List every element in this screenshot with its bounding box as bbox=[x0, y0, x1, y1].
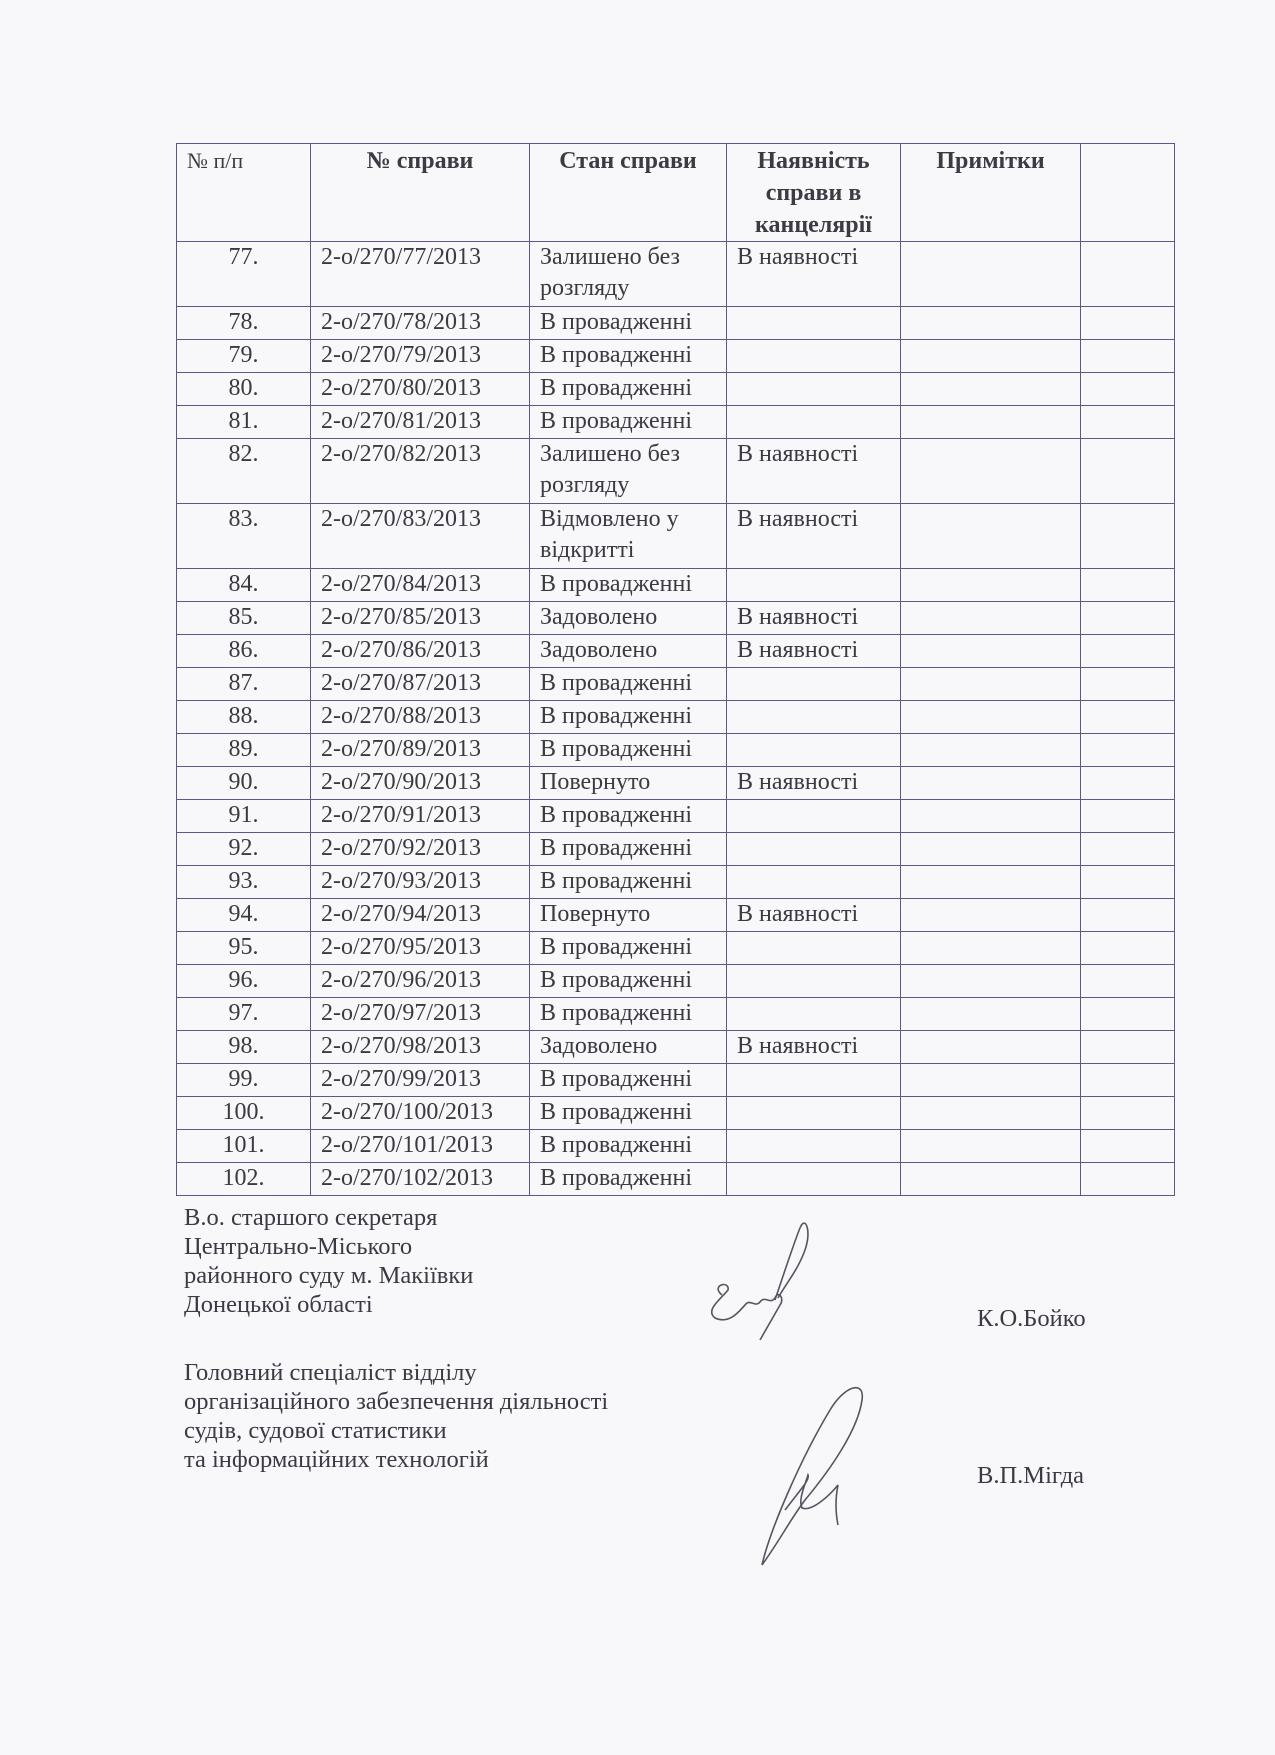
case-status-cell: В провадженні bbox=[530, 373, 727, 406]
extra-cell bbox=[1081, 668, 1175, 701]
presence-in-office-cell bbox=[727, 866, 901, 899]
case-status-cell: В провадженні bbox=[530, 1064, 727, 1097]
presence-in-office-cell: В наявності bbox=[727, 504, 901, 569]
presence-in-office-cell bbox=[727, 800, 901, 833]
case-number-cell: 2-о/270/87/2013 bbox=[311, 668, 530, 701]
extra-cell bbox=[1081, 569, 1175, 602]
table-row: 96.2-о/270/96/2013В провадженні bbox=[177, 965, 1175, 998]
row-number-cell: 91. bbox=[177, 800, 311, 833]
signatory-1-title-line: районного суду м. Макіївки bbox=[184, 1261, 473, 1290]
header-presence-in-office: Наявність справи в канцелярії bbox=[727, 144, 901, 242]
presence-in-office-cell: В наявності bbox=[727, 602, 901, 635]
presence-in-office-cell bbox=[727, 1163, 901, 1196]
case-status-cell: Залишено без розгляду bbox=[530, 439, 727, 504]
notes-cell bbox=[901, 800, 1081, 833]
case-status-cell: В провадженні bbox=[530, 569, 727, 602]
row-number-cell: 101. bbox=[177, 1130, 311, 1163]
table-row: 85.2-о/270/85/2013ЗадоволеноВ наявності bbox=[177, 602, 1175, 635]
presence-in-office-cell bbox=[727, 932, 901, 965]
table-row: 86.2-о/270/86/2013ЗадоволеноВ наявності bbox=[177, 635, 1175, 668]
notes-cell bbox=[901, 866, 1081, 899]
row-number-cell: 89. bbox=[177, 734, 311, 767]
extra-cell bbox=[1081, 767, 1175, 800]
row-number-cell: 95. bbox=[177, 932, 311, 965]
presence-in-office-cell: В наявності bbox=[727, 635, 901, 668]
notes-cell bbox=[901, 504, 1081, 569]
row-number-cell: 98. bbox=[177, 1031, 311, 1064]
extra-cell bbox=[1081, 635, 1175, 668]
header-row-number: № п/п bbox=[177, 144, 311, 242]
extra-cell bbox=[1081, 965, 1175, 998]
case-status-cell: В провадженні bbox=[530, 668, 727, 701]
signatory-1-title: В.о. старшого секретаря Центрально-Міськ… bbox=[184, 1203, 473, 1319]
case-number-cell: 2-о/270/83/2013 bbox=[311, 504, 530, 569]
signatory-2-title: Головний спеціаліст відділу організаційн… bbox=[184, 1358, 608, 1474]
signatory-2-title-line: організаційного забезпечення діяльності bbox=[184, 1387, 608, 1416]
case-number-cell: 2-о/270/95/2013 bbox=[311, 932, 530, 965]
extra-cell bbox=[1081, 340, 1175, 373]
case-number-cell: 2-о/270/100/2013 bbox=[311, 1097, 530, 1130]
presence-in-office-cell bbox=[727, 569, 901, 602]
case-number-cell: 2-о/270/94/2013 bbox=[311, 899, 530, 932]
extra-cell bbox=[1081, 602, 1175, 635]
case-number-cell: 2-о/270/97/2013 bbox=[311, 998, 530, 1031]
notes-cell bbox=[901, 242, 1081, 307]
notes-cell bbox=[901, 439, 1081, 504]
presence-in-office-cell bbox=[727, 998, 901, 1031]
case-number-cell: 2-о/270/80/2013 bbox=[311, 373, 530, 406]
case-status-cell: В провадженні bbox=[530, 340, 727, 373]
case-status-cell: Відмовлено у відкритті bbox=[530, 504, 727, 569]
row-number-cell: 82. bbox=[177, 439, 311, 504]
presence-in-office-cell: В наявності bbox=[727, 439, 901, 504]
table-row: 102.2-о/270/102/2013В провадженні bbox=[177, 1163, 1175, 1196]
notes-cell bbox=[901, 1064, 1081, 1097]
table-row: 80.2-о/270/80/2013В провадженні bbox=[177, 373, 1175, 406]
extra-cell bbox=[1081, 734, 1175, 767]
notes-cell bbox=[901, 1031, 1081, 1064]
presence-in-office-cell bbox=[727, 1130, 901, 1163]
presence-in-office-cell: В наявності bbox=[727, 767, 901, 800]
signatory-2-title-line: судів, судової статистики bbox=[184, 1416, 608, 1445]
table-row: 82.2-о/270/82/2013Залишено без розглядуВ… bbox=[177, 439, 1175, 504]
header-case-number: № справи bbox=[311, 144, 530, 242]
case-number-cell: 2-о/270/92/2013 bbox=[311, 833, 530, 866]
case-number-cell: 2-о/270/96/2013 bbox=[311, 965, 530, 998]
row-number-cell: 97. bbox=[177, 998, 311, 1031]
table-row: 101.2-о/270/101/2013В провадженні bbox=[177, 1130, 1175, 1163]
case-status-cell: В провадженні bbox=[530, 1130, 727, 1163]
row-number-cell: 92. bbox=[177, 833, 311, 866]
table-row: 87.2-о/270/87/2013В провадженні bbox=[177, 668, 1175, 701]
case-number-cell: 2-о/270/89/2013 bbox=[311, 734, 530, 767]
case-status-cell: Повернуто bbox=[530, 767, 727, 800]
notes-cell bbox=[901, 635, 1081, 668]
notes-cell bbox=[901, 734, 1081, 767]
table-row: 92.2-о/270/92/2013В провадженні bbox=[177, 833, 1175, 866]
notes-cell bbox=[901, 767, 1081, 800]
case-number-cell: 2-о/270/88/2013 bbox=[311, 701, 530, 734]
case-status-cell: В провадженні bbox=[530, 965, 727, 998]
notes-cell bbox=[901, 340, 1081, 373]
extra-cell bbox=[1081, 1064, 1175, 1097]
case-status-cell: В провадженні bbox=[530, 307, 727, 340]
case-status-cell: Залишено без розгляду bbox=[530, 242, 727, 307]
notes-cell bbox=[901, 932, 1081, 965]
row-number-cell: 90. bbox=[177, 767, 311, 800]
case-number-cell: 2-о/270/84/2013 bbox=[311, 569, 530, 602]
case-number-cell: 2-о/270/90/2013 bbox=[311, 767, 530, 800]
document-page: № п/п № справи Стан справи Наявність спр… bbox=[0, 0, 1275, 1755]
case-status-cell: В провадженні bbox=[530, 866, 727, 899]
table-row: 100.2-о/270/100/2013В провадженні bbox=[177, 1097, 1175, 1130]
presence-in-office-cell bbox=[727, 965, 901, 998]
row-number-cell: 86. bbox=[177, 635, 311, 668]
row-number-cell: 80. bbox=[177, 373, 311, 406]
header-extra bbox=[1081, 144, 1175, 242]
presence-in-office-cell bbox=[727, 668, 901, 701]
extra-cell bbox=[1081, 800, 1175, 833]
signatory-1-title-line: В.о. старшого секретаря bbox=[184, 1203, 473, 1232]
row-number-cell: 93. bbox=[177, 866, 311, 899]
case-status-cell: В провадженні bbox=[530, 734, 727, 767]
table-row: 77.2-о/270/77/2013Залишено без розглядуВ… bbox=[177, 242, 1175, 307]
case-status-cell: В провадженні bbox=[530, 800, 727, 833]
table-row: 90.2-о/270/90/2013ПовернутоВ наявності bbox=[177, 767, 1175, 800]
row-number-cell: 78. bbox=[177, 307, 311, 340]
row-number-cell: 87. bbox=[177, 668, 311, 701]
notes-cell bbox=[901, 833, 1081, 866]
notes-cell bbox=[901, 965, 1081, 998]
extra-cell bbox=[1081, 998, 1175, 1031]
table-row: 81.2-о/270/81/2013В провадженні bbox=[177, 406, 1175, 439]
table-row: 83.2-о/270/83/2013Відмовлено у відкритті… bbox=[177, 504, 1175, 569]
notes-cell bbox=[901, 373, 1081, 406]
case-status-cell: Задоволено bbox=[530, 602, 727, 635]
presence-in-office-cell bbox=[727, 373, 901, 406]
presence-in-office-cell: В наявності bbox=[727, 242, 901, 307]
case-number-cell: 2-о/270/102/2013 bbox=[311, 1163, 530, 1196]
notes-cell bbox=[901, 602, 1081, 635]
presence-in-office-cell bbox=[727, 1097, 901, 1130]
row-number-cell: 102. bbox=[177, 1163, 311, 1196]
extra-cell bbox=[1081, 932, 1175, 965]
case-number-cell: 2-о/270/86/2013 bbox=[311, 635, 530, 668]
presence-in-office-cell bbox=[727, 701, 901, 734]
table-row: 94.2-о/270/94/2013ПовернутоВ наявності bbox=[177, 899, 1175, 932]
notes-cell bbox=[901, 569, 1081, 602]
extra-cell bbox=[1081, 833, 1175, 866]
notes-cell bbox=[901, 1130, 1081, 1163]
signatory-1-title-line: Донецької області bbox=[184, 1290, 473, 1319]
notes-cell bbox=[901, 1097, 1081, 1130]
case-register-table: № п/п № справи Стан справи Наявність спр… bbox=[176, 143, 1175, 1196]
signatory-1-name: К.О.Бойко bbox=[977, 1305, 1086, 1333]
signatory-2-title-line: Головний спеціаліст відділу bbox=[184, 1358, 608, 1387]
case-number-cell: 2-о/270/99/2013 bbox=[311, 1064, 530, 1097]
case-status-cell: В провадженні bbox=[530, 932, 727, 965]
table-row: 98.2-о/270/98/2013ЗадоволеноВ наявності bbox=[177, 1031, 1175, 1064]
case-number-cell: 2-о/270/93/2013 bbox=[311, 866, 530, 899]
presence-in-office-cell bbox=[727, 734, 901, 767]
row-number-cell: 81. bbox=[177, 406, 311, 439]
row-number-cell: 96. bbox=[177, 965, 311, 998]
row-number-cell: 77. bbox=[177, 242, 311, 307]
extra-cell bbox=[1081, 307, 1175, 340]
signature-1-handwritten bbox=[700, 1210, 830, 1340]
notes-cell bbox=[901, 307, 1081, 340]
row-number-cell: 100. bbox=[177, 1097, 311, 1130]
case-status-cell: В провадженні bbox=[530, 701, 727, 734]
presence-in-office-cell bbox=[727, 307, 901, 340]
case-number-cell: 2-о/270/81/2013 bbox=[311, 406, 530, 439]
extra-cell bbox=[1081, 701, 1175, 734]
header-notes: Примітки bbox=[901, 144, 1081, 242]
presence-in-office-cell bbox=[727, 1064, 901, 1097]
case-status-cell: В провадженні bbox=[530, 406, 727, 439]
case-status-cell: В провадженні bbox=[530, 1163, 727, 1196]
extra-cell bbox=[1081, 1031, 1175, 1064]
table-row: 89.2-о/270/89/2013В провадженні bbox=[177, 734, 1175, 767]
extra-cell bbox=[1081, 1097, 1175, 1130]
table-row: 91.2-о/270/91/2013В провадженні bbox=[177, 800, 1175, 833]
case-status-cell: В провадженні bbox=[530, 833, 727, 866]
table-row: 79.2-о/270/79/2013В провадженні bbox=[177, 340, 1175, 373]
extra-cell bbox=[1081, 439, 1175, 504]
presence-in-office-cell bbox=[727, 406, 901, 439]
row-number-cell: 84. bbox=[177, 569, 311, 602]
extra-cell bbox=[1081, 406, 1175, 439]
table-header-row: № п/п № справи Стан справи Наявність спр… bbox=[177, 144, 1175, 242]
case-status-cell: Задоволено bbox=[530, 635, 727, 668]
signatory-2-title-line: та інформаційних технологій bbox=[184, 1445, 608, 1474]
extra-cell bbox=[1081, 504, 1175, 569]
signature-2-handwritten bbox=[750, 1370, 880, 1570]
case-number-cell: 2-о/270/79/2013 bbox=[311, 340, 530, 373]
header-case-status: Стан справи bbox=[530, 144, 727, 242]
signatory-2-name: В.П.Мігда bbox=[977, 1462, 1084, 1490]
signatory-1-title-line: Центрально-Міського bbox=[184, 1232, 473, 1261]
table-row: 95.2-о/270/95/2013В провадженні bbox=[177, 932, 1175, 965]
case-number-cell: 2-о/270/98/2013 bbox=[311, 1031, 530, 1064]
row-number-cell: 85. bbox=[177, 602, 311, 635]
case-number-cell: 2-о/270/85/2013 bbox=[311, 602, 530, 635]
notes-cell bbox=[901, 998, 1081, 1031]
row-number-cell: 99. bbox=[177, 1064, 311, 1097]
extra-cell bbox=[1081, 1130, 1175, 1163]
notes-cell bbox=[901, 701, 1081, 734]
presence-in-office-cell bbox=[727, 833, 901, 866]
case-number-cell: 2-о/270/91/2013 bbox=[311, 800, 530, 833]
row-number-cell: 94. bbox=[177, 899, 311, 932]
extra-cell bbox=[1081, 866, 1175, 899]
case-number-cell: 2-о/270/78/2013 bbox=[311, 307, 530, 340]
presence-in-office-cell: В наявності bbox=[727, 1031, 901, 1064]
case-status-cell: Повернуто bbox=[530, 899, 727, 932]
presence-in-office-cell: В наявності bbox=[727, 899, 901, 932]
table-row: 88.2-о/270/88/2013В провадженні bbox=[177, 701, 1175, 734]
table-row: 99.2-о/270/99/2013В провадженні bbox=[177, 1064, 1175, 1097]
case-number-cell: 2-о/270/77/2013 bbox=[311, 242, 530, 307]
row-number-cell: 79. bbox=[177, 340, 311, 373]
presence-in-office-cell bbox=[727, 340, 901, 373]
table-body: 77.2-о/270/77/2013Залишено без розглядуВ… bbox=[177, 242, 1175, 1196]
case-status-cell: В провадженні bbox=[530, 1097, 727, 1130]
case-number-cell: 2-о/270/101/2013 bbox=[311, 1130, 530, 1163]
row-number-cell: 83. bbox=[177, 504, 311, 569]
row-number-cell: 88. bbox=[177, 701, 311, 734]
extra-cell bbox=[1081, 899, 1175, 932]
table-row: 93.2-о/270/93/2013В провадженні bbox=[177, 866, 1175, 899]
extra-cell bbox=[1081, 373, 1175, 406]
notes-cell bbox=[901, 406, 1081, 439]
table-row: 78.2-о/270/78/2013В провадженні bbox=[177, 307, 1175, 340]
notes-cell bbox=[901, 899, 1081, 932]
table-row: 97.2-о/270/97/2013В провадженні bbox=[177, 998, 1175, 1031]
case-status-cell: Задоволено bbox=[530, 1031, 727, 1064]
notes-cell bbox=[901, 668, 1081, 701]
case-number-cell: 2-о/270/82/2013 bbox=[311, 439, 530, 504]
table-row: 84.2-о/270/84/2013В провадженні bbox=[177, 569, 1175, 602]
notes-cell bbox=[901, 1163, 1081, 1196]
extra-cell bbox=[1081, 1163, 1175, 1196]
case-status-cell: В провадженні bbox=[530, 998, 727, 1031]
extra-cell bbox=[1081, 242, 1175, 307]
